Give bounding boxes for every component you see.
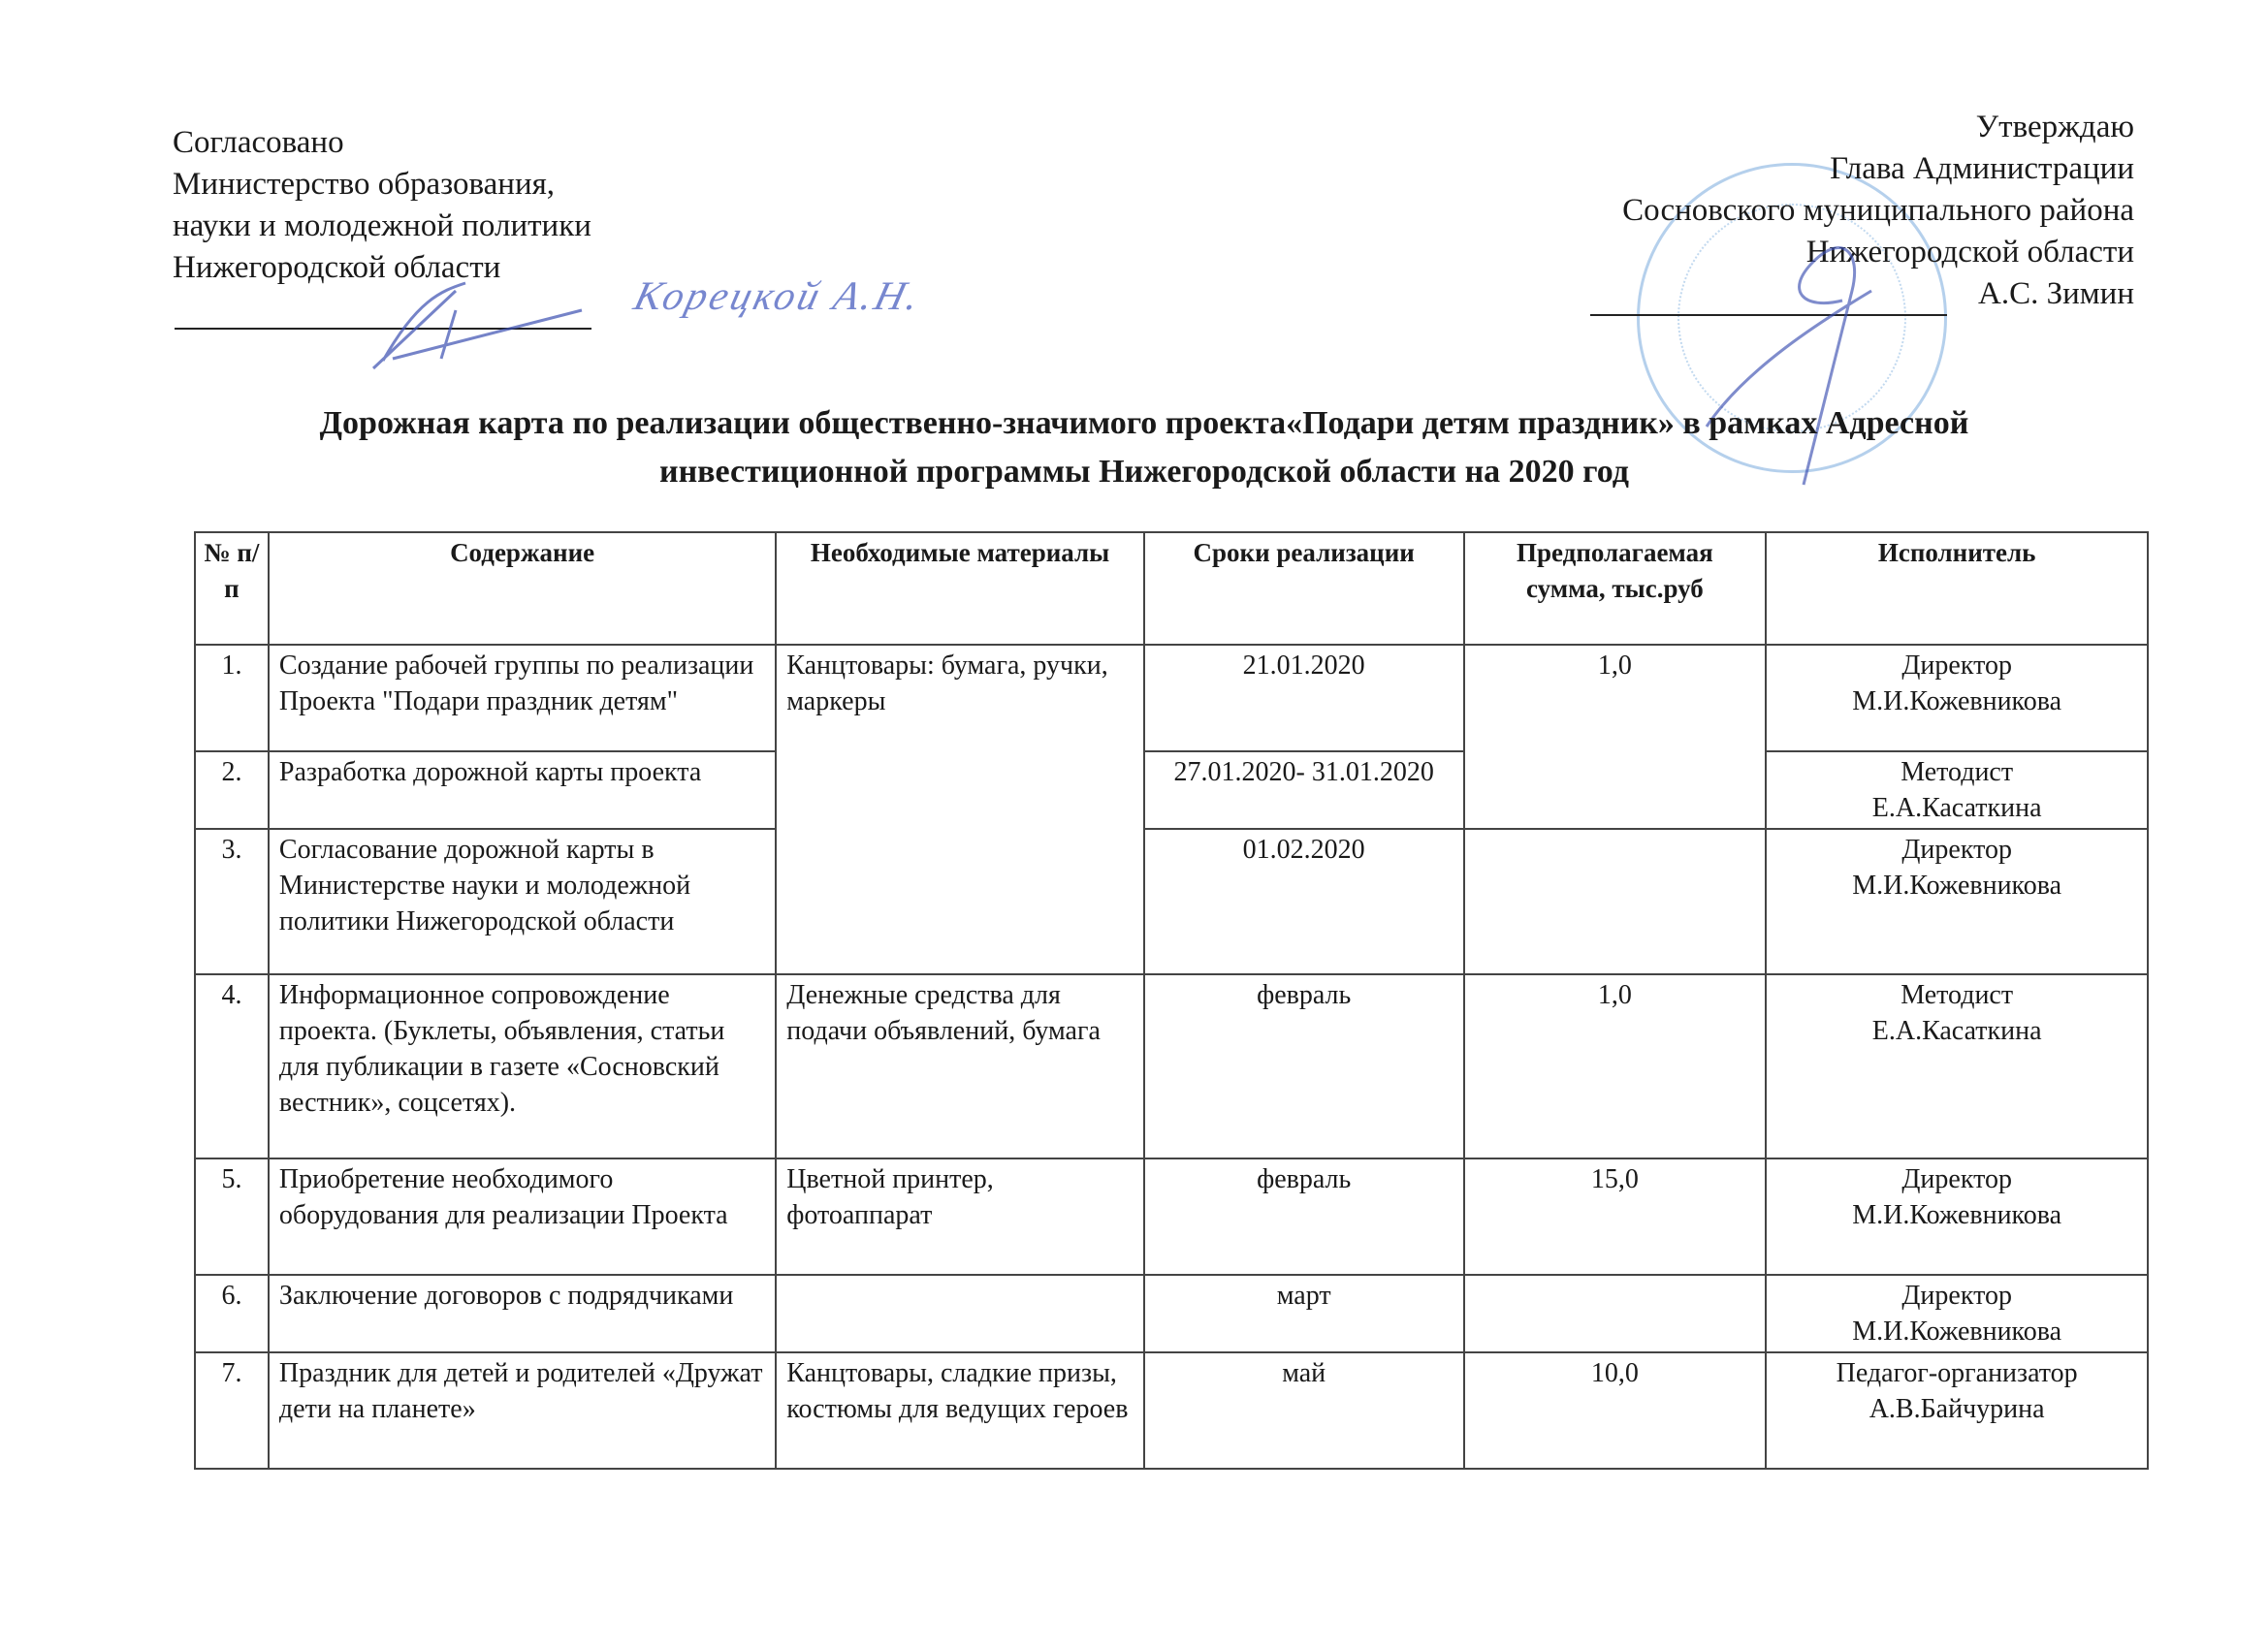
row-content: Праздник для детей и родителей «Дружат д…	[269, 1352, 776, 1469]
row-amount: 1,0	[1464, 645, 1767, 829]
row-content: Информационное сопровождение проекта. (Б…	[269, 974, 776, 1158]
row-content: Разработка дорожной карты проекта	[269, 751, 776, 829]
row-amount	[1464, 829, 1767, 974]
approval-left-line: Согласовано	[173, 122, 591, 164]
row-amount: 10,0	[1464, 1352, 1767, 1469]
table-row: 6. Заключение договоров с подрядчиками м…	[195, 1275, 2148, 1352]
row-dates: февраль	[1144, 1158, 1464, 1275]
row-executor: Педагог-организатор А.В.Байчурина	[1766, 1352, 2148, 1469]
table-header-row: № п/ п Содержание Необходимые материалы …	[195, 532, 2148, 645]
header-executor: Исполнитель	[1766, 532, 2148, 645]
executor-name: М.И.Кожевникова	[1776, 1197, 2137, 1233]
approval-left-block: Согласовано Министерство образования, на…	[173, 122, 591, 289]
row-content: Создание рабочей группы по реализации Пр…	[269, 645, 776, 751]
row-dates: 27.01.2020- 31.01.2020	[1144, 751, 1464, 829]
row-executor: Директор М.И.Кожевникова	[1766, 1275, 2148, 1352]
title-line-2: инвестиционной программы Нижегородской о…	[145, 448, 2143, 496]
approval-left-line: Министерство образования,	[173, 164, 591, 206]
executor-name: М.И.Кожевникова	[1776, 1314, 2137, 1349]
row-num: 2.	[195, 751, 269, 829]
row-materials: Цветной принтер, фотоаппарат	[776, 1158, 1144, 1275]
approval-right-line: Глава Администрации	[1622, 148, 2134, 190]
approval-left-line: Нижегородской области	[173, 247, 591, 289]
executor-name: М.И.Кожевникова	[1776, 868, 2137, 904]
executor-name: Е.А.Касаткина	[1776, 1013, 2137, 1049]
row-num: 1.	[195, 645, 269, 751]
row-content: Согласование дорожной карты в Министерст…	[269, 829, 776, 974]
row-materials: Канцтовары: бумага, ручки, маркеры	[776, 645, 1144, 974]
table-row: 2. Разработка дорожной карты проекта 27.…	[195, 751, 2148, 829]
approval-right-block: Утверждаю Глава Администрации Сосновског…	[1622, 107, 2134, 315]
table-row: 1. Создание рабочей группы по реализации…	[195, 645, 2148, 751]
roadmap-table: № п/ п Содержание Необходимые материалы …	[194, 531, 2149, 1470]
header-amount: Предполагаемая сумма, тыс.руб	[1464, 532, 1767, 645]
row-dates: февраль	[1144, 974, 1464, 1158]
header-dates: Сроки реализации	[1144, 532, 1464, 645]
row-amount: 15,0	[1464, 1158, 1767, 1275]
row-dates: март	[1144, 1275, 1464, 1352]
row-executor: Директор М.И.Кожевникова	[1766, 829, 2148, 974]
document-title: Дорожная карта по реализации общественно…	[145, 399, 2143, 496]
signature-left: Корецкой А.Н.	[629, 273, 926, 320]
row-materials: Канцтовары, сладкие призы, костюмы для в…	[776, 1352, 1144, 1469]
header-content: Содержание	[269, 532, 776, 645]
row-materials: Денежные средства для подачи объявлений,…	[776, 974, 1144, 1158]
row-num: 5.	[195, 1158, 269, 1275]
executor-role: Директор	[1776, 832, 2137, 868]
table-row: 4. Информационное сопровождение проекта.…	[195, 974, 2148, 1158]
approval-left-line: науки и молодежной политики	[173, 206, 591, 247]
approval-right-line: А.С. Зимин	[1622, 273, 2134, 315]
approval-right-line: Утверждаю	[1622, 107, 2134, 148]
row-amount: 1,0	[1464, 974, 1767, 1158]
table-row: 7. Праздник для детей и родителей «Дружа…	[195, 1352, 2148, 1469]
row-dates: 01.02.2020	[1144, 829, 1464, 974]
executor-name: А.В.Байчурина	[1776, 1391, 2137, 1427]
approval-right-line: Нижегородской области	[1622, 232, 2134, 273]
table-row: 5. Приобретение необходимого оборудовани…	[195, 1158, 2148, 1275]
executor-role: Методист	[1776, 754, 2137, 790]
row-dates: май	[1144, 1352, 1464, 1469]
row-executor: Директор М.И.Кожевникова	[1766, 645, 2148, 751]
executor-name: Е.А.Касаткина	[1776, 790, 2137, 826]
row-materials	[776, 1275, 1144, 1352]
approval-right-line: Сосновского муниципального района	[1622, 190, 2134, 232]
row-num: 7.	[195, 1352, 269, 1469]
header-materials: Необходимые материалы	[776, 532, 1144, 645]
row-amount	[1464, 1275, 1767, 1352]
header-num: № п/ п	[195, 532, 269, 645]
signature-line-right	[1590, 314, 1947, 316]
row-executor: Директор М.И.Кожевникова	[1766, 1158, 2148, 1275]
row-num: 4.	[195, 974, 269, 1158]
title-line-1: Дорожная карта по реализации общественно…	[145, 399, 2143, 448]
signature-line-left	[175, 328, 591, 330]
row-num: 6.	[195, 1275, 269, 1352]
executor-role: Педагог-организатор	[1776, 1355, 2137, 1391]
executor-name: М.И.Кожевникова	[1776, 683, 2137, 719]
row-content: Приобретение необходимого оборудования д…	[269, 1158, 776, 1275]
table-row: 3. Согласование дорожной карты в Министе…	[195, 829, 2148, 974]
row-num: 3.	[195, 829, 269, 974]
executor-role: Директор	[1776, 1161, 2137, 1197]
row-dates: 21.01.2020	[1144, 645, 1464, 751]
executor-role: Директор	[1776, 648, 2137, 683]
row-executor: Методист Е.А.Касаткина	[1766, 751, 2148, 829]
executor-role: Директор	[1776, 1278, 2137, 1314]
row-content: Заключение договоров с подрядчиками	[269, 1275, 776, 1352]
row-executor: Методист Е.А.Касаткина	[1766, 974, 2148, 1158]
executor-role: Методист	[1776, 977, 2137, 1013]
